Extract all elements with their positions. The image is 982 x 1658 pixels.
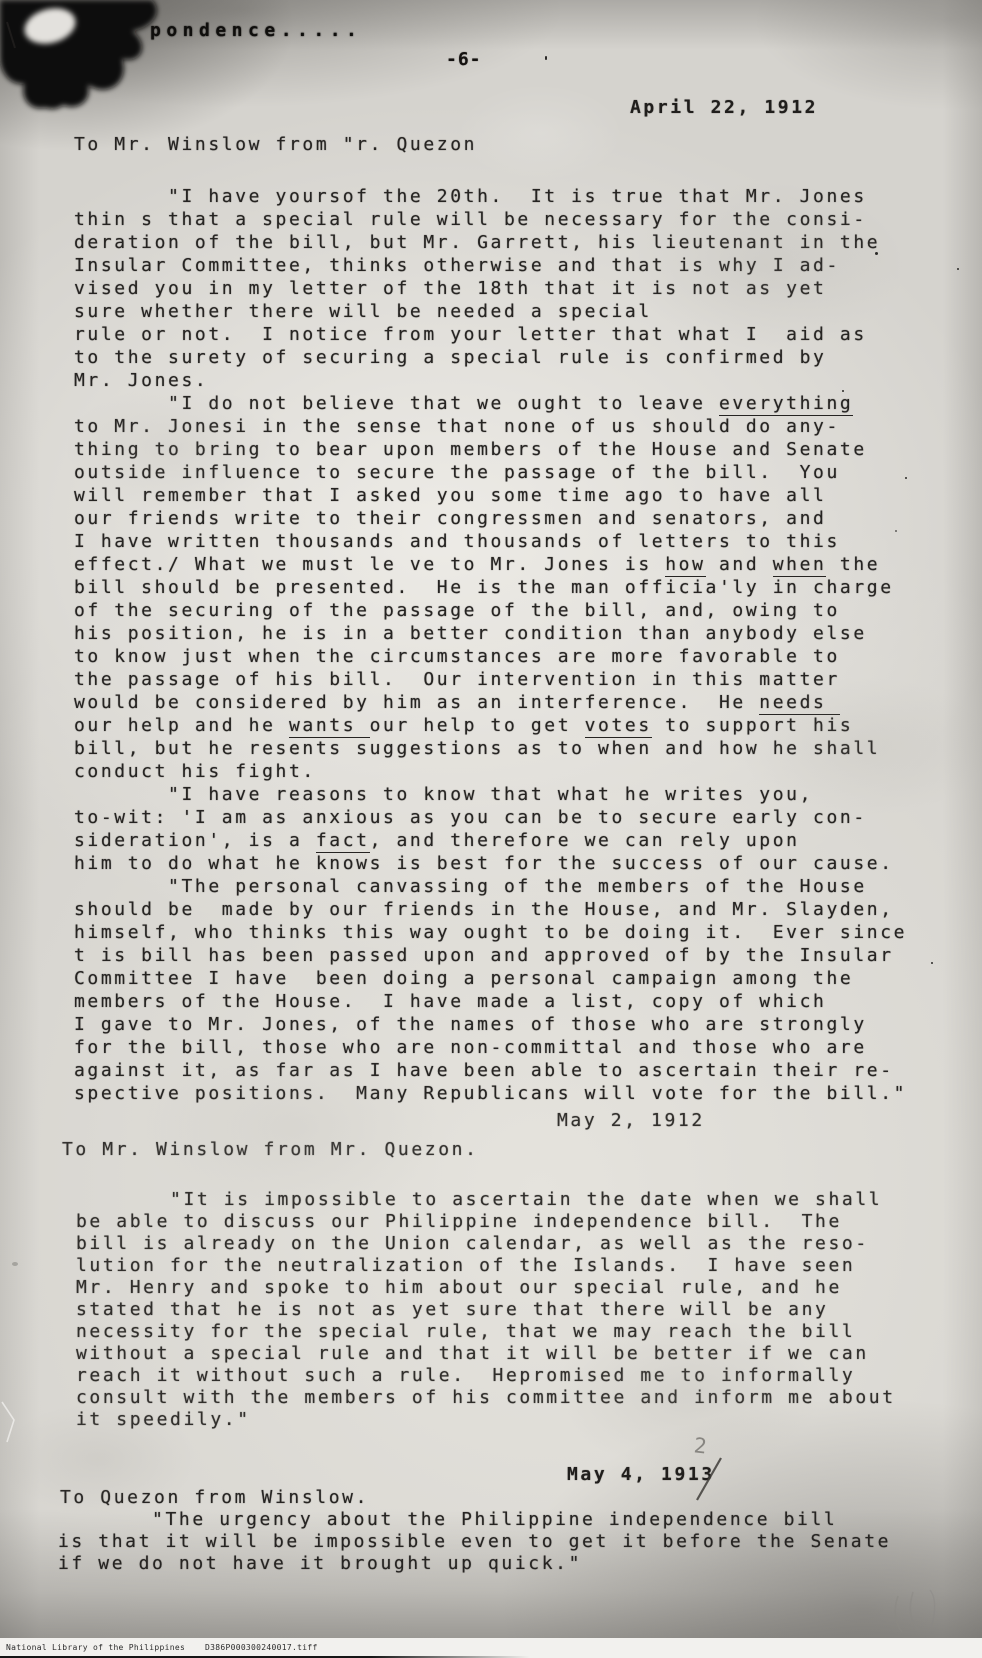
typed-line: bill, but he resents suggestions as to w…: [74, 737, 907, 760]
typed-line: necessity for the special rule, that we …: [76, 1321, 896, 1343]
page-number: -6-: [446, 49, 482, 70]
typed-line: our help and he wants our help to get vo…: [74, 714, 907, 737]
typed-line: Mr. Jones.: [74, 369, 907, 392]
typed-line: him to do what he knows is best for the …: [74, 852, 907, 875]
ink-speck: [875, 252, 878, 255]
underlined-word: everything: [719, 393, 853, 416]
underlined-word: needs: [759, 692, 840, 715]
typed-line: would be considered by him as an interfe…: [74, 691, 907, 714]
letter-3-body: "The urgency about the Philippine indepe…: [58, 1509, 891, 1575]
typed-line: without a special rule and that it will …: [76, 1343, 896, 1365]
typed-line: conduct his fight.: [74, 760, 907, 783]
typed-line: stated that he is not as yet sure that t…: [76, 1299, 896, 1321]
typed-line: to-wit: 'I am as anxious as you can be t…: [74, 806, 907, 829]
typed-line: to Mr. Jonesi in the sense that none of …: [74, 415, 907, 438]
underlined-word: wants: [289, 715, 370, 738]
letter-3-date: May 4, 1913: [567, 1464, 715, 1485]
typed-line: spective positions. Many Republicans wil…: [74, 1082, 907, 1105]
typed-line: our friends write to their congressmen a…: [74, 507, 907, 530]
ink-speck: [842, 390, 844, 392]
typed-line: it speedily.": [76, 1409, 896, 1431]
typed-line: lution for the neutralization of the Isl…: [76, 1255, 896, 1277]
typed-line: I have written thousands and thousands o…: [74, 530, 907, 553]
typed-line: effect./ What we must le ve to Mr. Jones…: [74, 553, 907, 576]
typed-line: for the bill, those who are non-committa…: [74, 1036, 907, 1059]
typed-line: "The urgency about the Philippine indepe…: [58, 1509, 891, 1531]
typed-line: consult with the members of his committe…: [76, 1387, 896, 1409]
pencil-annotation: 2: [693, 1433, 708, 1458]
ink-speck: [12, 1262, 18, 1266]
typed-line: his position, he is in a better conditio…: [74, 622, 907, 645]
ink-speck: [931, 962, 933, 964]
letter-3-salutation: To Quezon from Winslow.: [60, 1487, 369, 1508]
typed-line: the passage of his bill. Our interventio…: [74, 668, 907, 691]
typed-line: bill is already on the Union calendar, a…: [76, 1233, 896, 1255]
typed-line: t is bill has been passed upon and appro…: [74, 944, 907, 967]
scanned-letter-page: pondence..... -6- April 22, 1912 To Mr. …: [0, 0, 982, 1658]
typed-line: of the securing of the passage of the bi…: [74, 599, 907, 622]
typed-line: is that it will be impossible even to ge…: [58, 1531, 891, 1553]
typed-line: members of the House. I have made a list…: [74, 990, 907, 1013]
ink-blot: [0, 0, 340, 340]
typed-line: if we do not have it brought up quick.": [58, 1553, 891, 1575]
letter-2-date: May 2, 1912: [557, 1110, 705, 1131]
typed-line: to the surety of securing a special rule…: [74, 346, 907, 369]
letter-2-body: "It is impossible to ascertain the date …: [76, 1189, 896, 1431]
typed-line: be able to discuss our Philippine indepe…: [76, 1211, 896, 1233]
typed-line: outside influence to secure the passage …: [74, 461, 907, 484]
typed-line: "The personal canvassing of the members …: [74, 875, 907, 898]
ink-speck: [545, 56, 547, 60]
typed-line: himself, who thinks this way ought to be…: [74, 921, 907, 944]
underlined-word: when: [773, 554, 827, 577]
underlined-word: fact: [316, 830, 370, 853]
typed-line: bill should be presented. He is the man …: [74, 576, 907, 599]
typed-line: thing to bring to bear upon members of t…: [74, 438, 907, 461]
typed-line: Committee I have been doing a personal c…: [74, 967, 907, 990]
typed-line: sideration', is a fact, and therefore we…: [74, 829, 907, 852]
typed-line: I gave to Mr. Jones, of the names of tho…: [74, 1013, 907, 1036]
typed-line: "I do not believe that we ought to leave…: [74, 392, 907, 415]
typed-line: reach it without such a rule. Hepromised…: [76, 1365, 896, 1387]
typed-line: against it, as far as I have been able t…: [74, 1059, 907, 1082]
underlined-word: votes: [585, 715, 652, 738]
typed-line: to know just when the circumstances are …: [74, 645, 907, 668]
ink-speck: [895, 530, 897, 532]
letter-2-salutation: To Mr. Winslow from Mr. Quezon.: [62, 1139, 479, 1160]
typed-line: "It is impossible to ascertain the date …: [76, 1189, 896, 1211]
underlined-word: how: [665, 554, 705, 577]
typed-line: will remember that I asked you some time…: [74, 484, 907, 507]
typed-line: Mr. Henry and spoke to him about our spe…: [76, 1277, 896, 1299]
typed-line: "I have reasons to know that what he wri…: [74, 783, 907, 806]
ink-speck: [957, 268, 959, 270]
letter-1-date: April 22, 1912: [630, 97, 818, 118]
typed-line: should be made by our friends in the Hou…: [74, 898, 907, 921]
ink-speck: [905, 477, 907, 479]
